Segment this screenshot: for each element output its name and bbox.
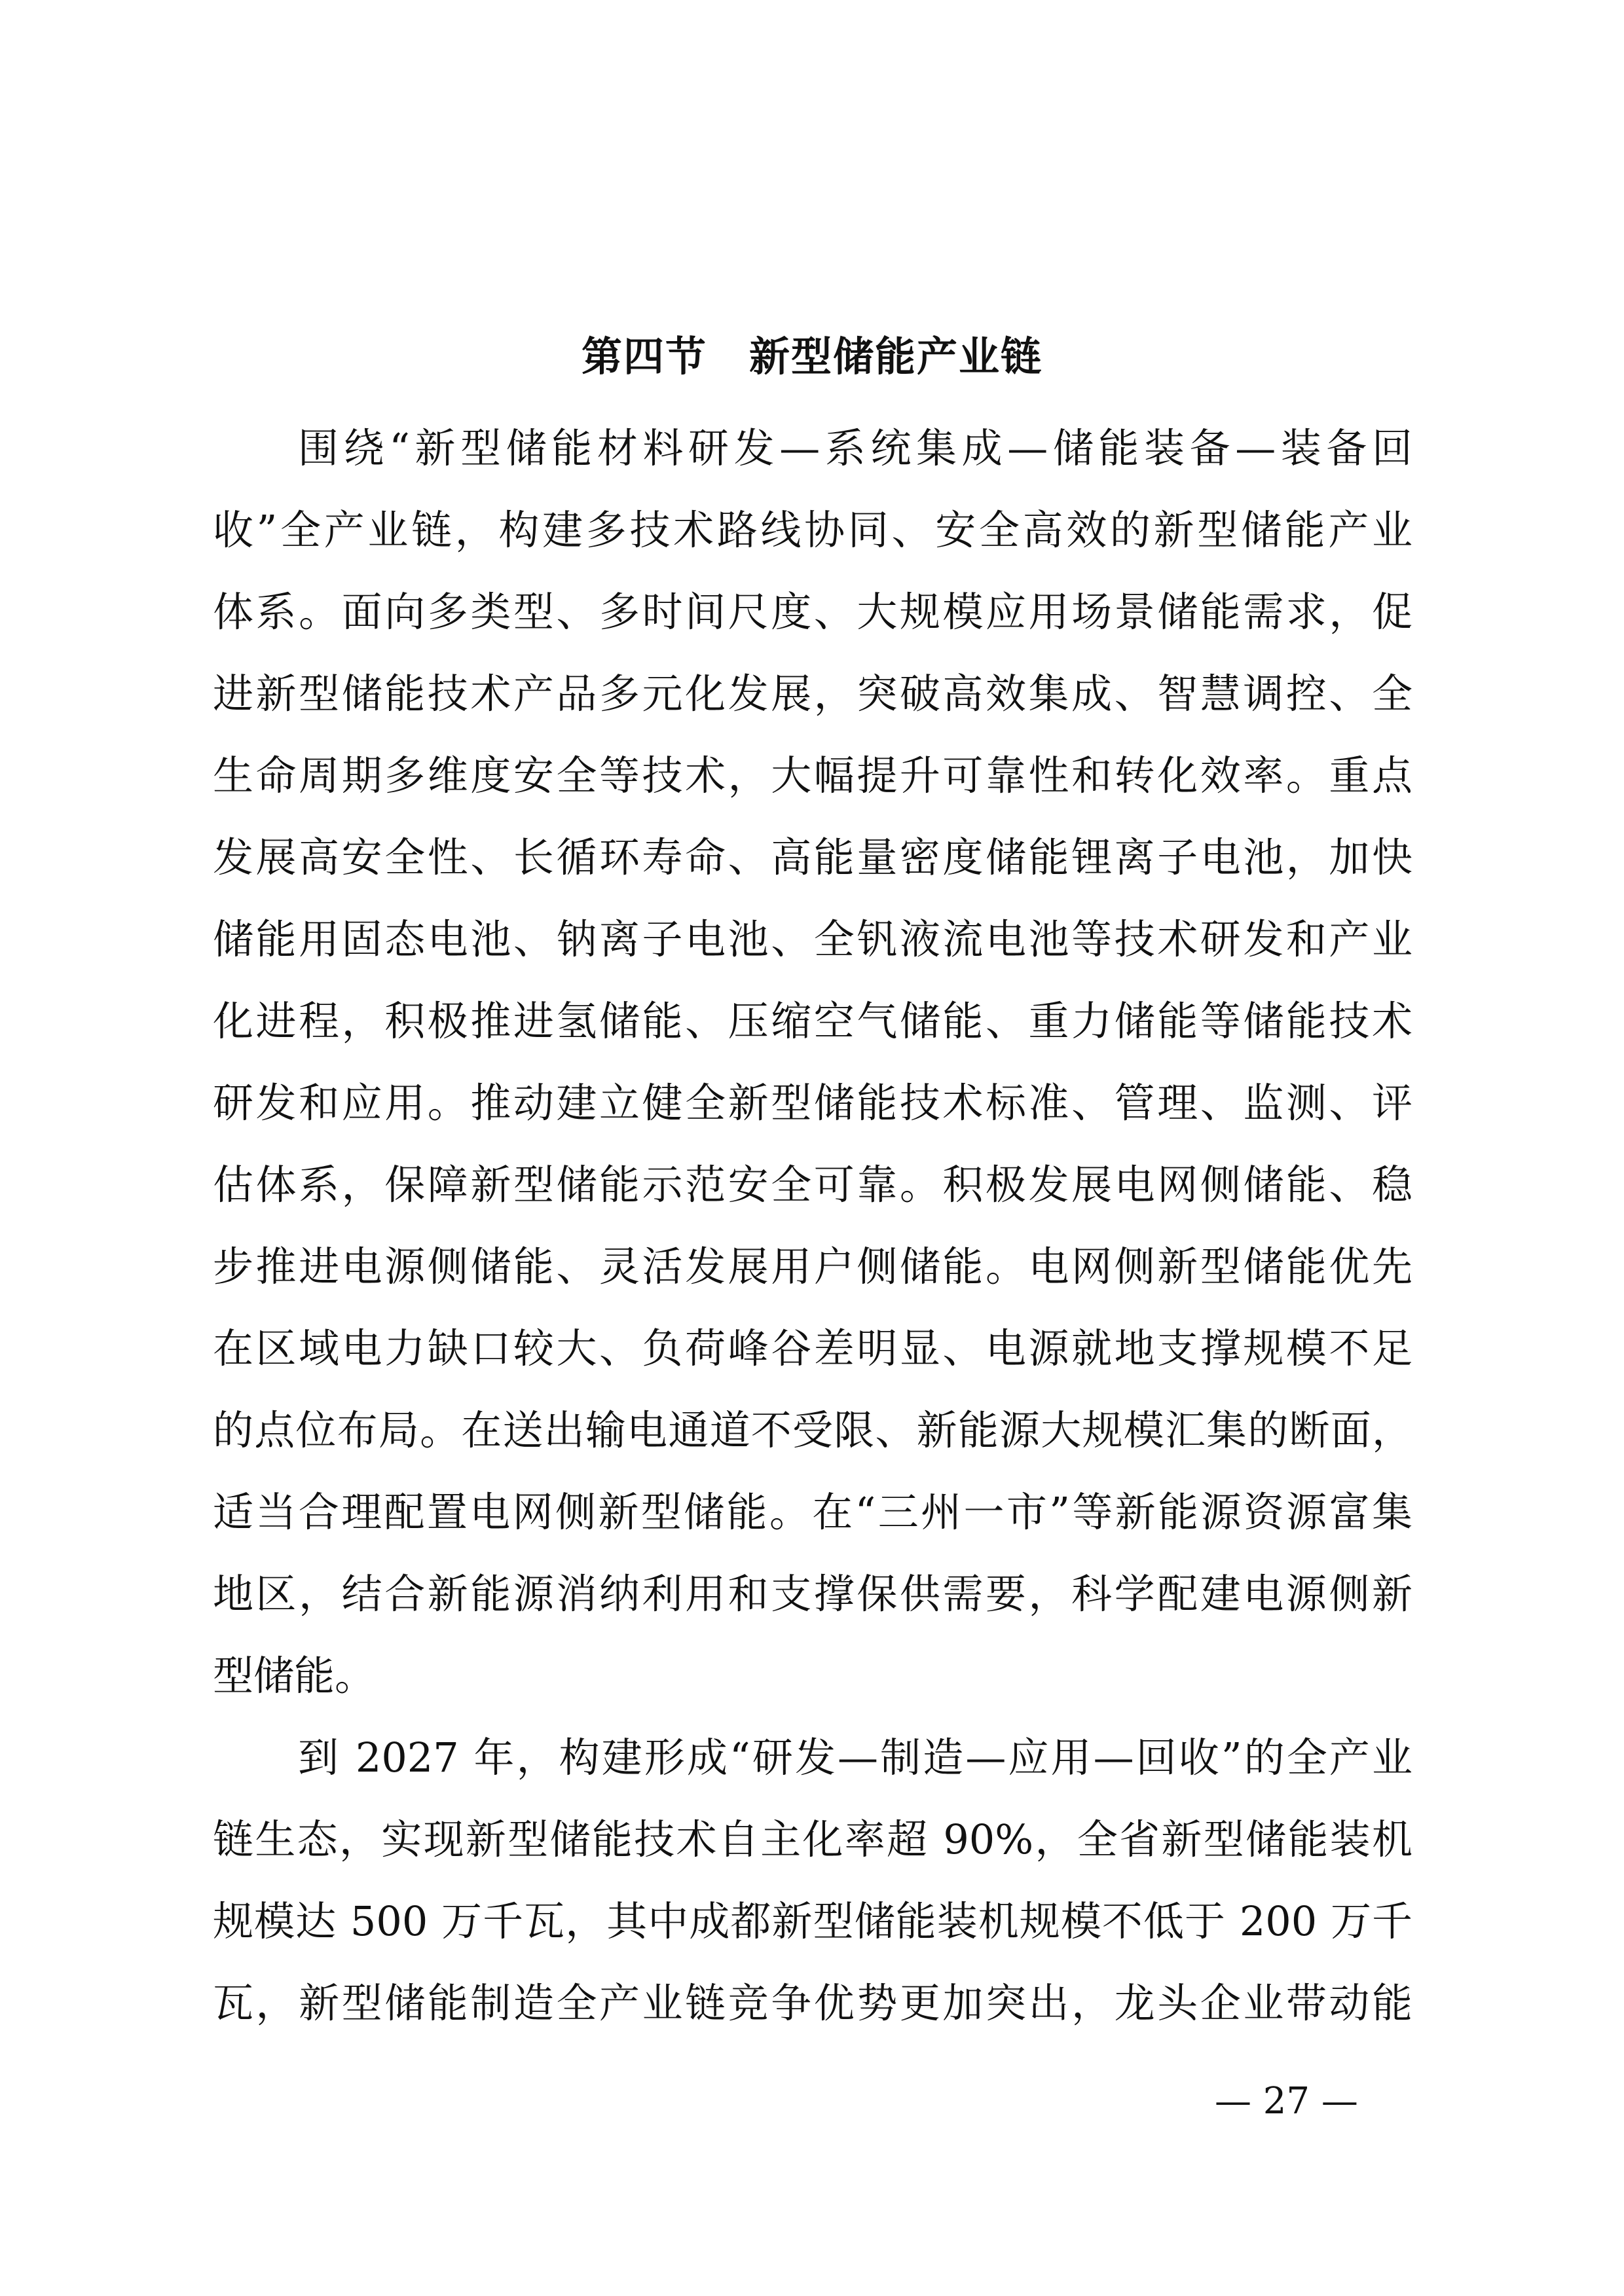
paragraph-1-line-12: 在区域电力缺口较大、负荷峰谷差明显、电源就地支撑规模不足 — [213, 1319, 1412, 1378]
section-title: 第四节 新型储能产业链 — [0, 327, 1624, 386]
paragraph-1-line-8: 化进程，积极推进氢储能、压缩空气储能、重力储能等储能技术 — [213, 992, 1412, 1051]
paragraph-1-line-3: 体系。面向多类型、多时间尺度、大规模应用场景储能需求，促 — [213, 583, 1412, 642]
paragraph-1-line-15: 地区，结合新能源消纳利用和支撑保供需要，科学配建电源侧新 — [213, 1565, 1412, 1624]
paragraph-1-line-11: 步推进电源侧储能、灵活发展用户侧储能。电网侧新型储能优先 — [213, 1237, 1412, 1296]
paragraph-1-line-7: 储能用固态电池、钠离子电池、全钒液流电池等技术研发和产业 — [213, 910, 1412, 969]
paragraph-1-line-14: 适当合理配置电网侧新型储能。在“三州一市”等新能源资源富集 — [213, 1483, 1412, 1542]
paragraph-1-line-2: 收”全产业链，构建多技术路线协同、安全高效的新型储能产业 — [213, 501, 1412, 560]
paragraph-1-line-16: 型储能。 — [213, 1647, 1412, 1705]
paragraph-1-line-9: 研发和应用。推动建立健全新型储能技术标准、管理、监测、评 — [213, 1074, 1412, 1133]
paragraph-1-line-5: 生命周期多维度安全等技术，大幅提升可靠性和转化效率。重点 — [213, 746, 1412, 805]
paragraph-2-line-2: 链生态，实现新型储能技术自主化率超 90%，全省新型储能装机 — [213, 1810, 1412, 1869]
paragraph-2-line-1: 到 2027 年，构建形成“研发—制造—应用—回收”的全产业 — [298, 1728, 1412, 1787]
page-number: — 27 — — [1215, 2075, 1358, 2128]
paragraph-2-line-4: 瓦，新型储能制造全产业链竞争优势更加突出，龙头企业带动能 — [213, 1974, 1412, 2033]
paragraph-1-line-10: 估体系，保障新型储能示范安全可靠。积极发展电网侧储能、稳 — [213, 1156, 1412, 1214]
paragraph-1-line-1: 围绕“新型储能材料研发—系统集成—储能装备—装备回 — [298, 419, 1412, 478]
paragraph-1-line-13: 的点位布局。在送出输电通道不受限、新能源大规模汇集的断面， — [213, 1401, 1412, 1460]
paragraph-1-line-6: 发展高安全性、长循环寿命、高能量密度储能锂离子电池，加快 — [213, 828, 1412, 887]
paragraph-2-line-3: 规模达 500 万千瓦，其中成都新型储能装机规模不低于 200 万千 — [213, 1892, 1412, 1951]
paragraph-1-line-4: 进新型储能技术产品多元化发展，突破高效集成、智慧调控、全 — [213, 665, 1412, 723]
document-page: 第四节 新型储能产业链 围绕“新型储能材料研发—系统集成—储能装备—装备回 收”… — [0, 0, 1624, 2296]
